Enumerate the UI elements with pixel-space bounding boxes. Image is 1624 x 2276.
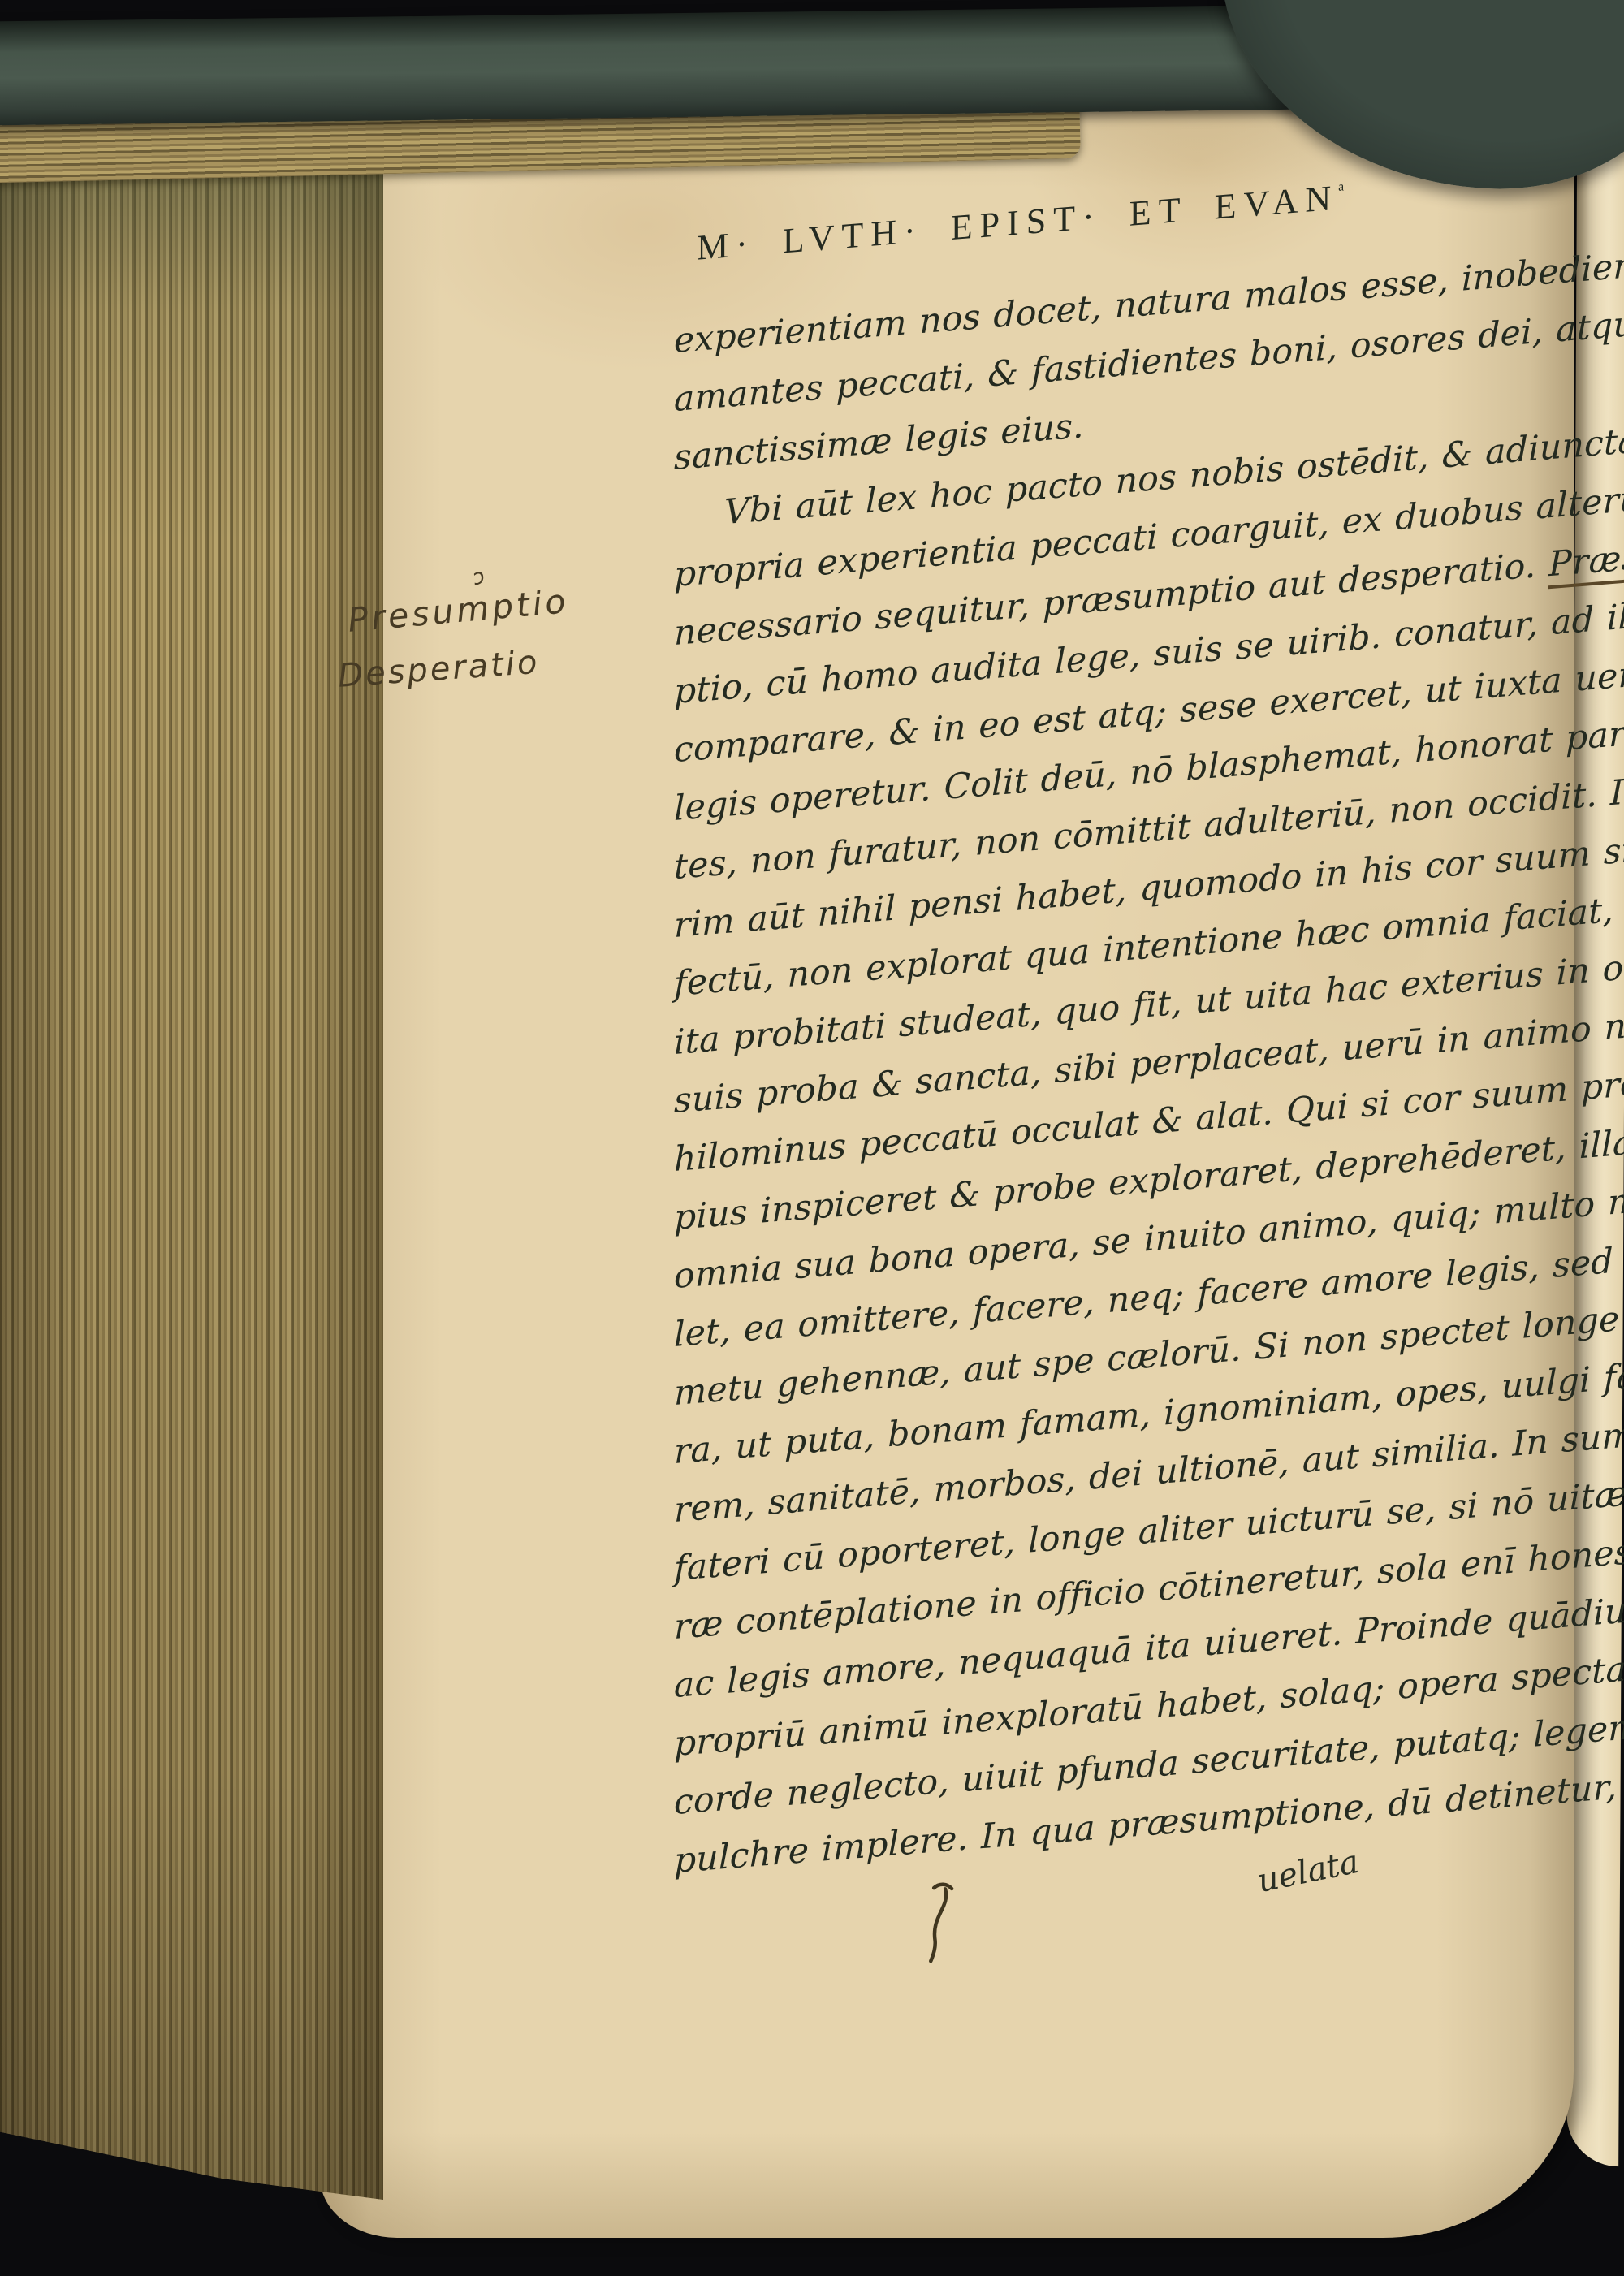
handwritten-marginalia: ɔ Presumptio Desperatio	[348, 591, 569, 687]
body-text: experientiam nos docet, natura malos ess…	[674, 250, 1577, 1900]
page-stack-fore-edge	[0, 120, 383, 2238]
abbreviation-mark: ᵃ	[1338, 177, 1344, 201]
book-photograph: M· LVTH· EPIST· ET EVANᵃ experientiam no…	[0, 0, 1624, 2276]
